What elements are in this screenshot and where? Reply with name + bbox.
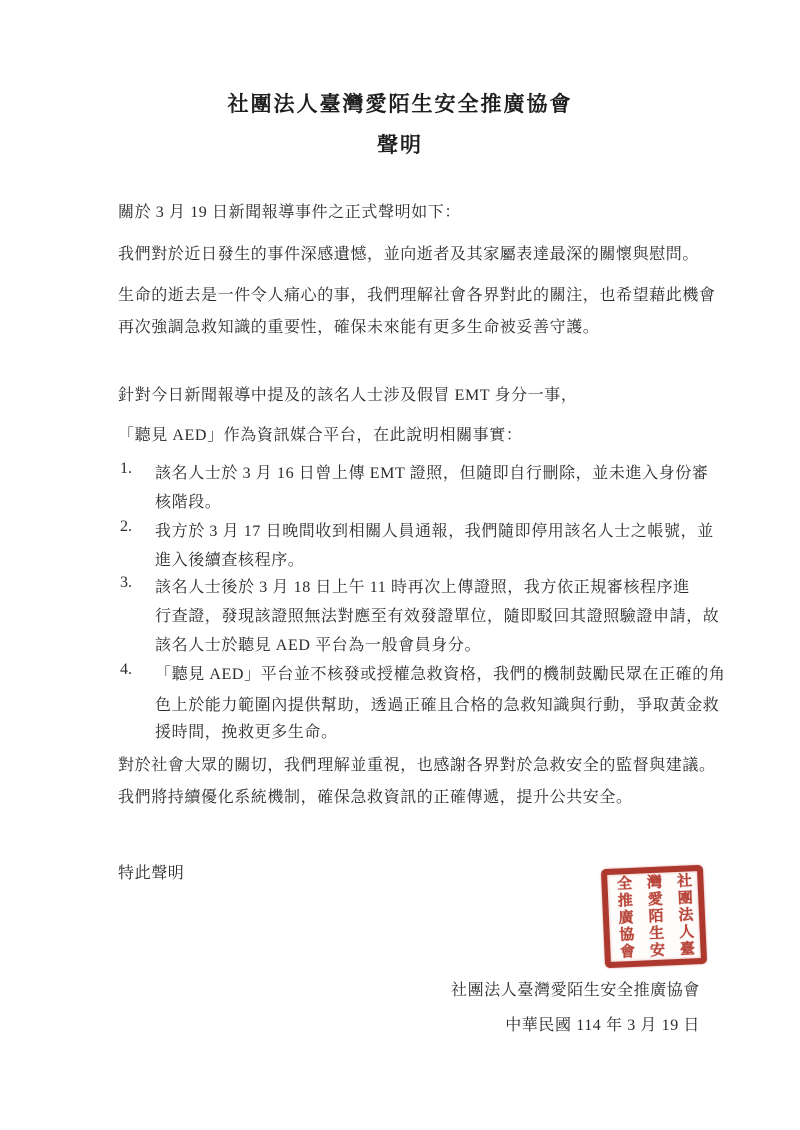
seal-column-right: 社團法人臺	[675, 872, 694, 958]
list-item-2-number: 2.	[120, 518, 132, 536]
document-subtitle: 聲明	[0, 129, 800, 159]
signature-organization-name: 社團法人臺灣愛陌生安全推廣協會	[451, 977, 700, 1000]
list-item-3-line-2: 行查證，發現該證照無法對應至有效發證單位，隨即駁回其證照驗證申請，故	[155, 603, 719, 626]
closing-paragraph-line-1: 對於社會大眾的關切，我們理解並重視，也感謝各界對於急救安全的監督與建議。	[118, 752, 716, 775]
closing-paragraph-line-2: 我們將持續優化系統機制，確保急救資訊的正確傳遞，提升公共安全。	[118, 784, 633, 807]
list-item-4-line-1: 「聽見 AED」平台並不核發或授權急救資格，我們的機制鼓勵民眾在正確的角	[155, 661, 725, 684]
organization-seal-stamp: 社團法人臺 灣愛陌生安 全推廣協會	[601, 865, 707, 968]
document-title: 社團法人臺灣愛陌生安全推廣協會	[0, 88, 800, 118]
list-item-2-line-1: 我方於 3 月 17 日晚間收到相關人員通報，我們隨即停用該名人士之帳號，並	[155, 518, 714, 541]
closing-declaration: 特此聲明	[118, 860, 184, 883]
list-item-1-line-2: 核階段。	[155, 489, 221, 512]
list-item-1-line-1: 該名人士於 3 月 16 日曾上傳 EMT 證照，但隨即自行刪除，並未進入身份審	[155, 460, 709, 483]
intro-paragraph-5: 「聽見 AED」作為資訊媒合平台，在此說明相關事實：	[118, 422, 522, 445]
statement-document-page: 社團法人臺灣愛陌生安全推廣協會 聲明 關於 3 月 19 日新聞報導事件之正式聲…	[0, 0, 800, 1130]
intro-paragraph-3-line-2: 再次強調急救知識的重要性，確保未來能有更多生命被妥善守護。	[118, 314, 599, 337]
list-item-3-number: 3.	[120, 574, 132, 592]
intro-paragraph-3-line-1: 生命的逝去是一件令人痛心的事，我們理解社會各界對此的關注，也希望藉此機會	[118, 282, 716, 305]
seal-column-left: 全推廣協會	[615, 875, 634, 961]
list-item-2-line-2: 進入後續查核程序。	[155, 547, 304, 570]
list-item-3-line-3: 該名人士於聽見 AED 平台為一般會員身分。	[155, 632, 481, 655]
signature-date: 中華民國 114 年 3 月 19 日	[505, 1012, 700, 1035]
intro-paragraph-1: 關於 3 月 19 日新聞報導事件之正式聲明如下：	[118, 199, 461, 222]
list-item-3-line-1: 該名人士後於 3 月 18 日上午 11 時再次上傳證照，我方依正規審核程序進	[155, 574, 690, 597]
list-item-4-line-2: 色上於能力範圍內提供幫助，透過正確且合格的急救知識與行動，爭取黃金救	[155, 692, 719, 715]
seal-column-middle: 灣愛陌生安	[645, 874, 664, 960]
intro-paragraph-2: 我們對於近日發生的事件深感遺憾，並向逝者及其家屬表達最深的關懷與慰問。	[118, 241, 699, 264]
intro-paragraph-4: 針對今日新聞報導中提及的該名人士涉及假冒 EMT 身分一事，	[118, 382, 578, 405]
list-item-4-number: 4.	[120, 661, 132, 679]
list-item-1-number: 1.	[120, 460, 132, 478]
list-item-4-line-3: 援時間，挽救更多生命。	[155, 719, 338, 742]
